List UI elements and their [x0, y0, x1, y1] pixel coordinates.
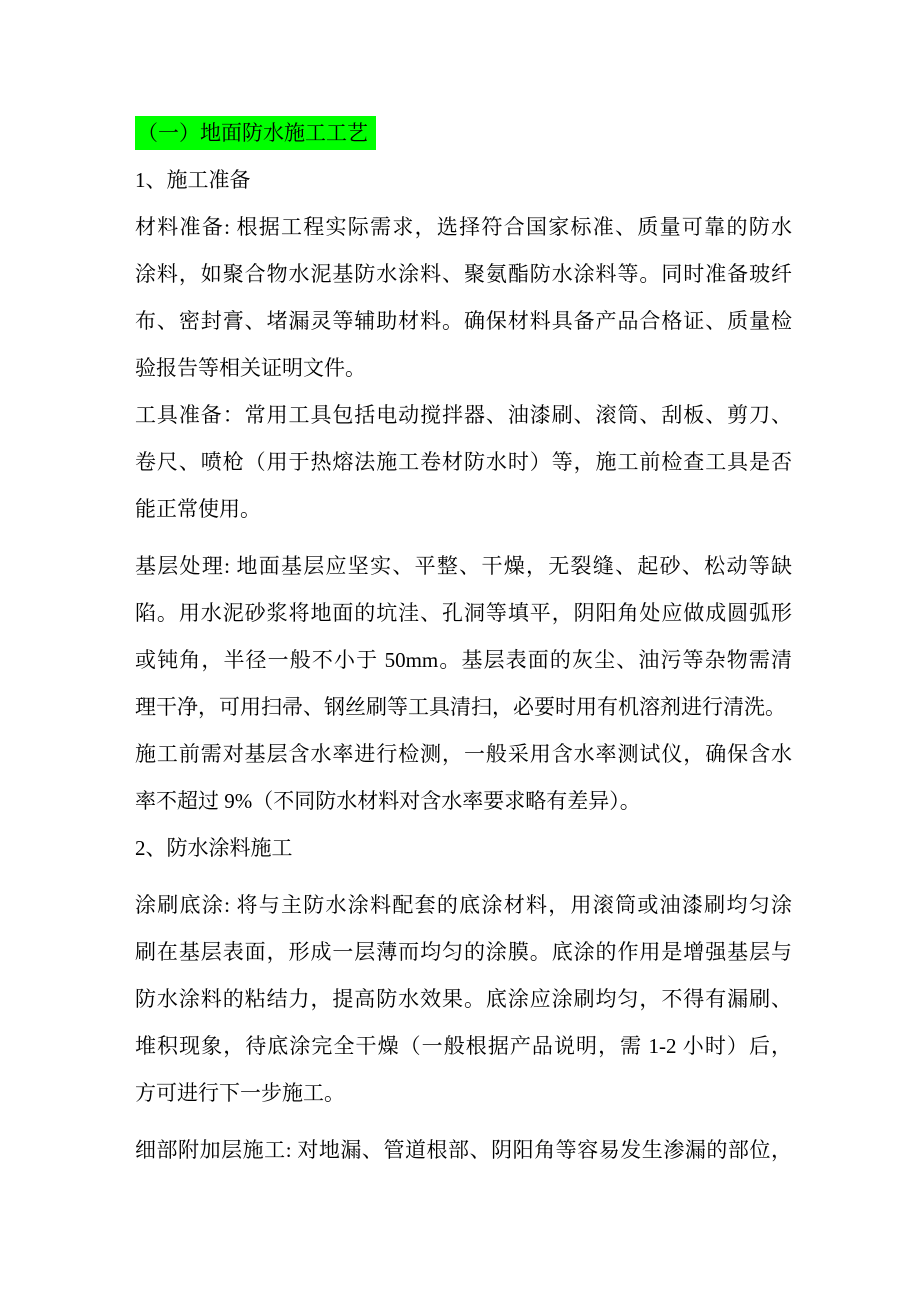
text-line: 陷。用水泥砂浆将地面的坑洼、孔洞等填平，阴阳角处应做成圆弧形 [135, 590, 792, 637]
text-line: 率不超过 9%（不同防水材料对含水率要求略有差异）。 [135, 778, 792, 825]
text-line: 细部附加层施工: 对地漏、管道根部、阴阳角等容易发生渗漏的部位， [135, 1127, 792, 1174]
text-line: 方可进行下一步施工。 [135, 1070, 792, 1117]
text-line: 卷尺、喷枪（用于热熔法施工卷材防水时）等，施工前检查工具是否 [135, 439, 792, 486]
paragraph-base-layer-treatment: 基层处理: 地面基层应坚实、平整、干燥，无裂缝、起砂、松动等缺陷。用水泥砂浆将地… [135, 543, 792, 731]
paragraph-tool-preparation: 工具准备：常用工具包括电动搅拌器、油漆刷、滚筒、刮板、剪刀、卷尺、喷枪（用于热熔… [135, 392, 792, 533]
document-content: （一）地面防水施工工艺1、施工准备材料准备: 根据工程实际需求，选择符合国家标准… [135, 110, 792, 1174]
text-line: 施工前需对基层含水率进行检测，一般采用含水率测试仪，确保含水 [135, 731, 792, 778]
title-text: （一）地面防水施工工艺 [137, 121, 368, 145]
text-line: 材料准备: 根据工程实际需求，选择符合国家标准、质量可靠的防水 [135, 204, 792, 251]
paragraph-moisture-content-test: 施工前需对基层含水率进行检测，一般采用含水率测试仪，确保含水率不超过 9%（不同… [135, 731, 792, 825]
text-line: 基层处理: 地面基层应坚实、平整、干燥，无裂缝、起砂、松动等缺 [135, 543, 792, 590]
document-page: （一）地面防水施工工艺1、施工准备材料准备: 根据工程实际需求，选择符合国家标准… [0, 0, 920, 1302]
text-line: 涂料，如聚合物水泥基防水涂料、聚氨酯防水涂料等。同时准备玻纤 [135, 251, 792, 298]
section-title-highlighted: （一）地面防水施工工艺 [135, 110, 792, 157]
text-line: 验报告等相关证明文件。 [135, 345, 792, 392]
text-line: 堆积现象，待底涂完全干燥（一般根据产品说明，需 1-2 小时）后， [135, 1023, 792, 1070]
text-line: 涂刷底涂: 将与主防水涂料配套的底涂材料，用滚筒或油漆刷均匀涂 [135, 882, 792, 929]
text-line: 能正常使用。 [135, 486, 792, 533]
text-line: 布、密封膏、堵漏灵等辅助材料。确保材料具备产品合格证、质量检 [135, 298, 792, 345]
numbered-heading-construction-prep: 1、施工准备 [135, 157, 792, 204]
text-line: 理干净，可用扫帚、钢丝刷等工具清扫，必要时用有机溶剂进行清洗。 [135, 684, 792, 731]
text-line: 防水涂料的粘结力，提高防水效果。底涂应涂刷均匀，不得有漏刷、 [135, 976, 792, 1023]
text-line: 1、施工准备 [135, 157, 792, 204]
text-line: 或钝角，半径一般不小于 50mm。基层表面的灰尘、油污等杂物需清 [135, 637, 792, 684]
text-line: 工具准备：常用工具包括电动搅拌器、油漆刷、滚筒、刮板、剪刀、 [135, 392, 792, 439]
text-line: 2、防水涂料施工 [135, 825, 792, 872]
paragraph-primer-coating: 涂刷底涂: 将与主防水涂料配套的底涂材料，用滚筒或油漆刷均匀涂刷在基层表面，形成… [135, 882, 792, 1117]
title-line: （一）地面防水施工工艺 [135, 110, 792, 157]
paragraph-material-preparation: 材料准备: 根据工程实际需求，选择符合国家标准、质量可靠的防水涂料，如聚合物水泥… [135, 204, 792, 392]
numbered-heading-coating-construction: 2、防水涂料施工 [135, 825, 792, 872]
text-line: 刷在基层表面，形成一层薄而均匀的涂膜。底涂的作用是增强基层与 [135, 929, 792, 976]
green-highlight: （一）地面防水施工工艺 [135, 116, 376, 150]
paragraph-detail-additional-layer: 细部附加层施工: 对地漏、管道根部、阴阳角等容易发生渗漏的部位， [135, 1127, 792, 1174]
